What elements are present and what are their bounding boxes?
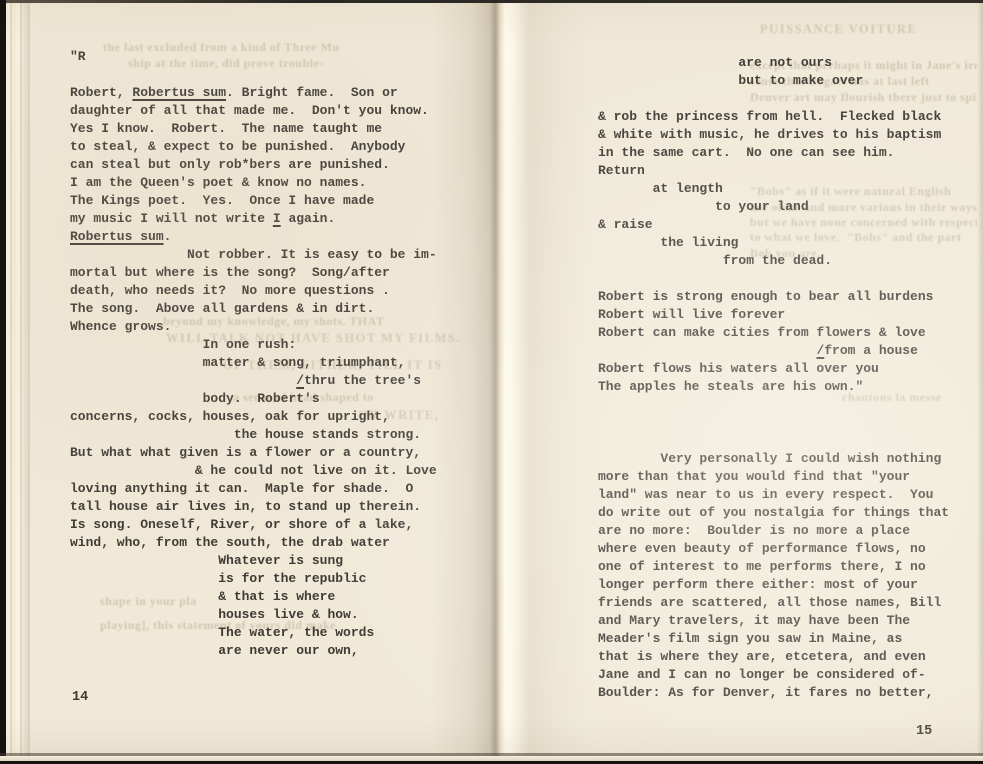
right-page-number: 15 <box>916 724 932 739</box>
left-page-text: "R Robert, Robertus sum. Bright fame. So… <box>70 48 437 660</box>
scanned-book-spread: the last excluded from a kind of Three M… <box>0 0 983 764</box>
left-page-edges-strip <box>6 0 30 764</box>
scan-top-edge <box>0 0 983 3</box>
left-page: the last excluded from a kind of Three M… <box>28 0 490 755</box>
scan-left-edge <box>0 0 6 764</box>
right-page: PUISSANCE VOITUREexcept that perhaps it … <box>512 0 977 755</box>
scan-right-shadow <box>977 0 983 764</box>
left-page-number: 14 <box>72 690 88 705</box>
right-page-text: are not ours but to make over & rob the … <box>598 54 949 702</box>
